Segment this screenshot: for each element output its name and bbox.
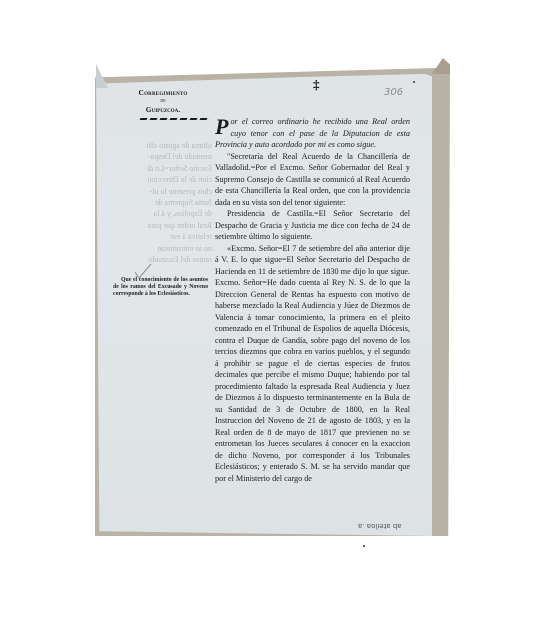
paragraph-3: «Excmo. Señor=El 7 de setiembre del año … [215, 243, 410, 485]
header-line-2: de [113, 98, 213, 104]
bleed-through-text: ultima de agosto ulti mentado del Despa-… [112, 140, 212, 270]
ink-spot [413, 81, 415, 83]
folio-number: 306 [384, 87, 403, 98]
header-line-3: Guipuzcoa. [113, 105, 213, 114]
photo-stage: ultima de agosto ulti mentado del Despa-… [0, 0, 533, 629]
ink-spot [363, 545, 365, 547]
bottom-reverse-annotation: ab ateiloa .a [358, 522, 402, 530]
opening-paragraph: P or el correo ordinario he recibido una… [215, 116, 410, 151]
folded-corner-right [432, 58, 450, 74]
paragraph-1: "Secretaría del Real Acuerdo de la Chanc… [215, 151, 410, 209]
folded-corner-left [96, 64, 108, 88]
header-block: Corregimiento de Guipuzcoa. [113, 88, 213, 114]
drop-cap: P [215, 117, 228, 137]
header-dashed-rule [140, 118, 211, 120]
margin-note: Que el conocimiento de los asuntos de lo… [113, 277, 208, 298]
cross-icon: ‡ [313, 77, 320, 93]
document-body: P or el correo ordinario he recibido una… [215, 116, 410, 484]
header-line-1: Corregimiento [113, 88, 213, 97]
paragraph-2: Presidencia de Castilla.=El Señor Secret… [215, 208, 410, 243]
